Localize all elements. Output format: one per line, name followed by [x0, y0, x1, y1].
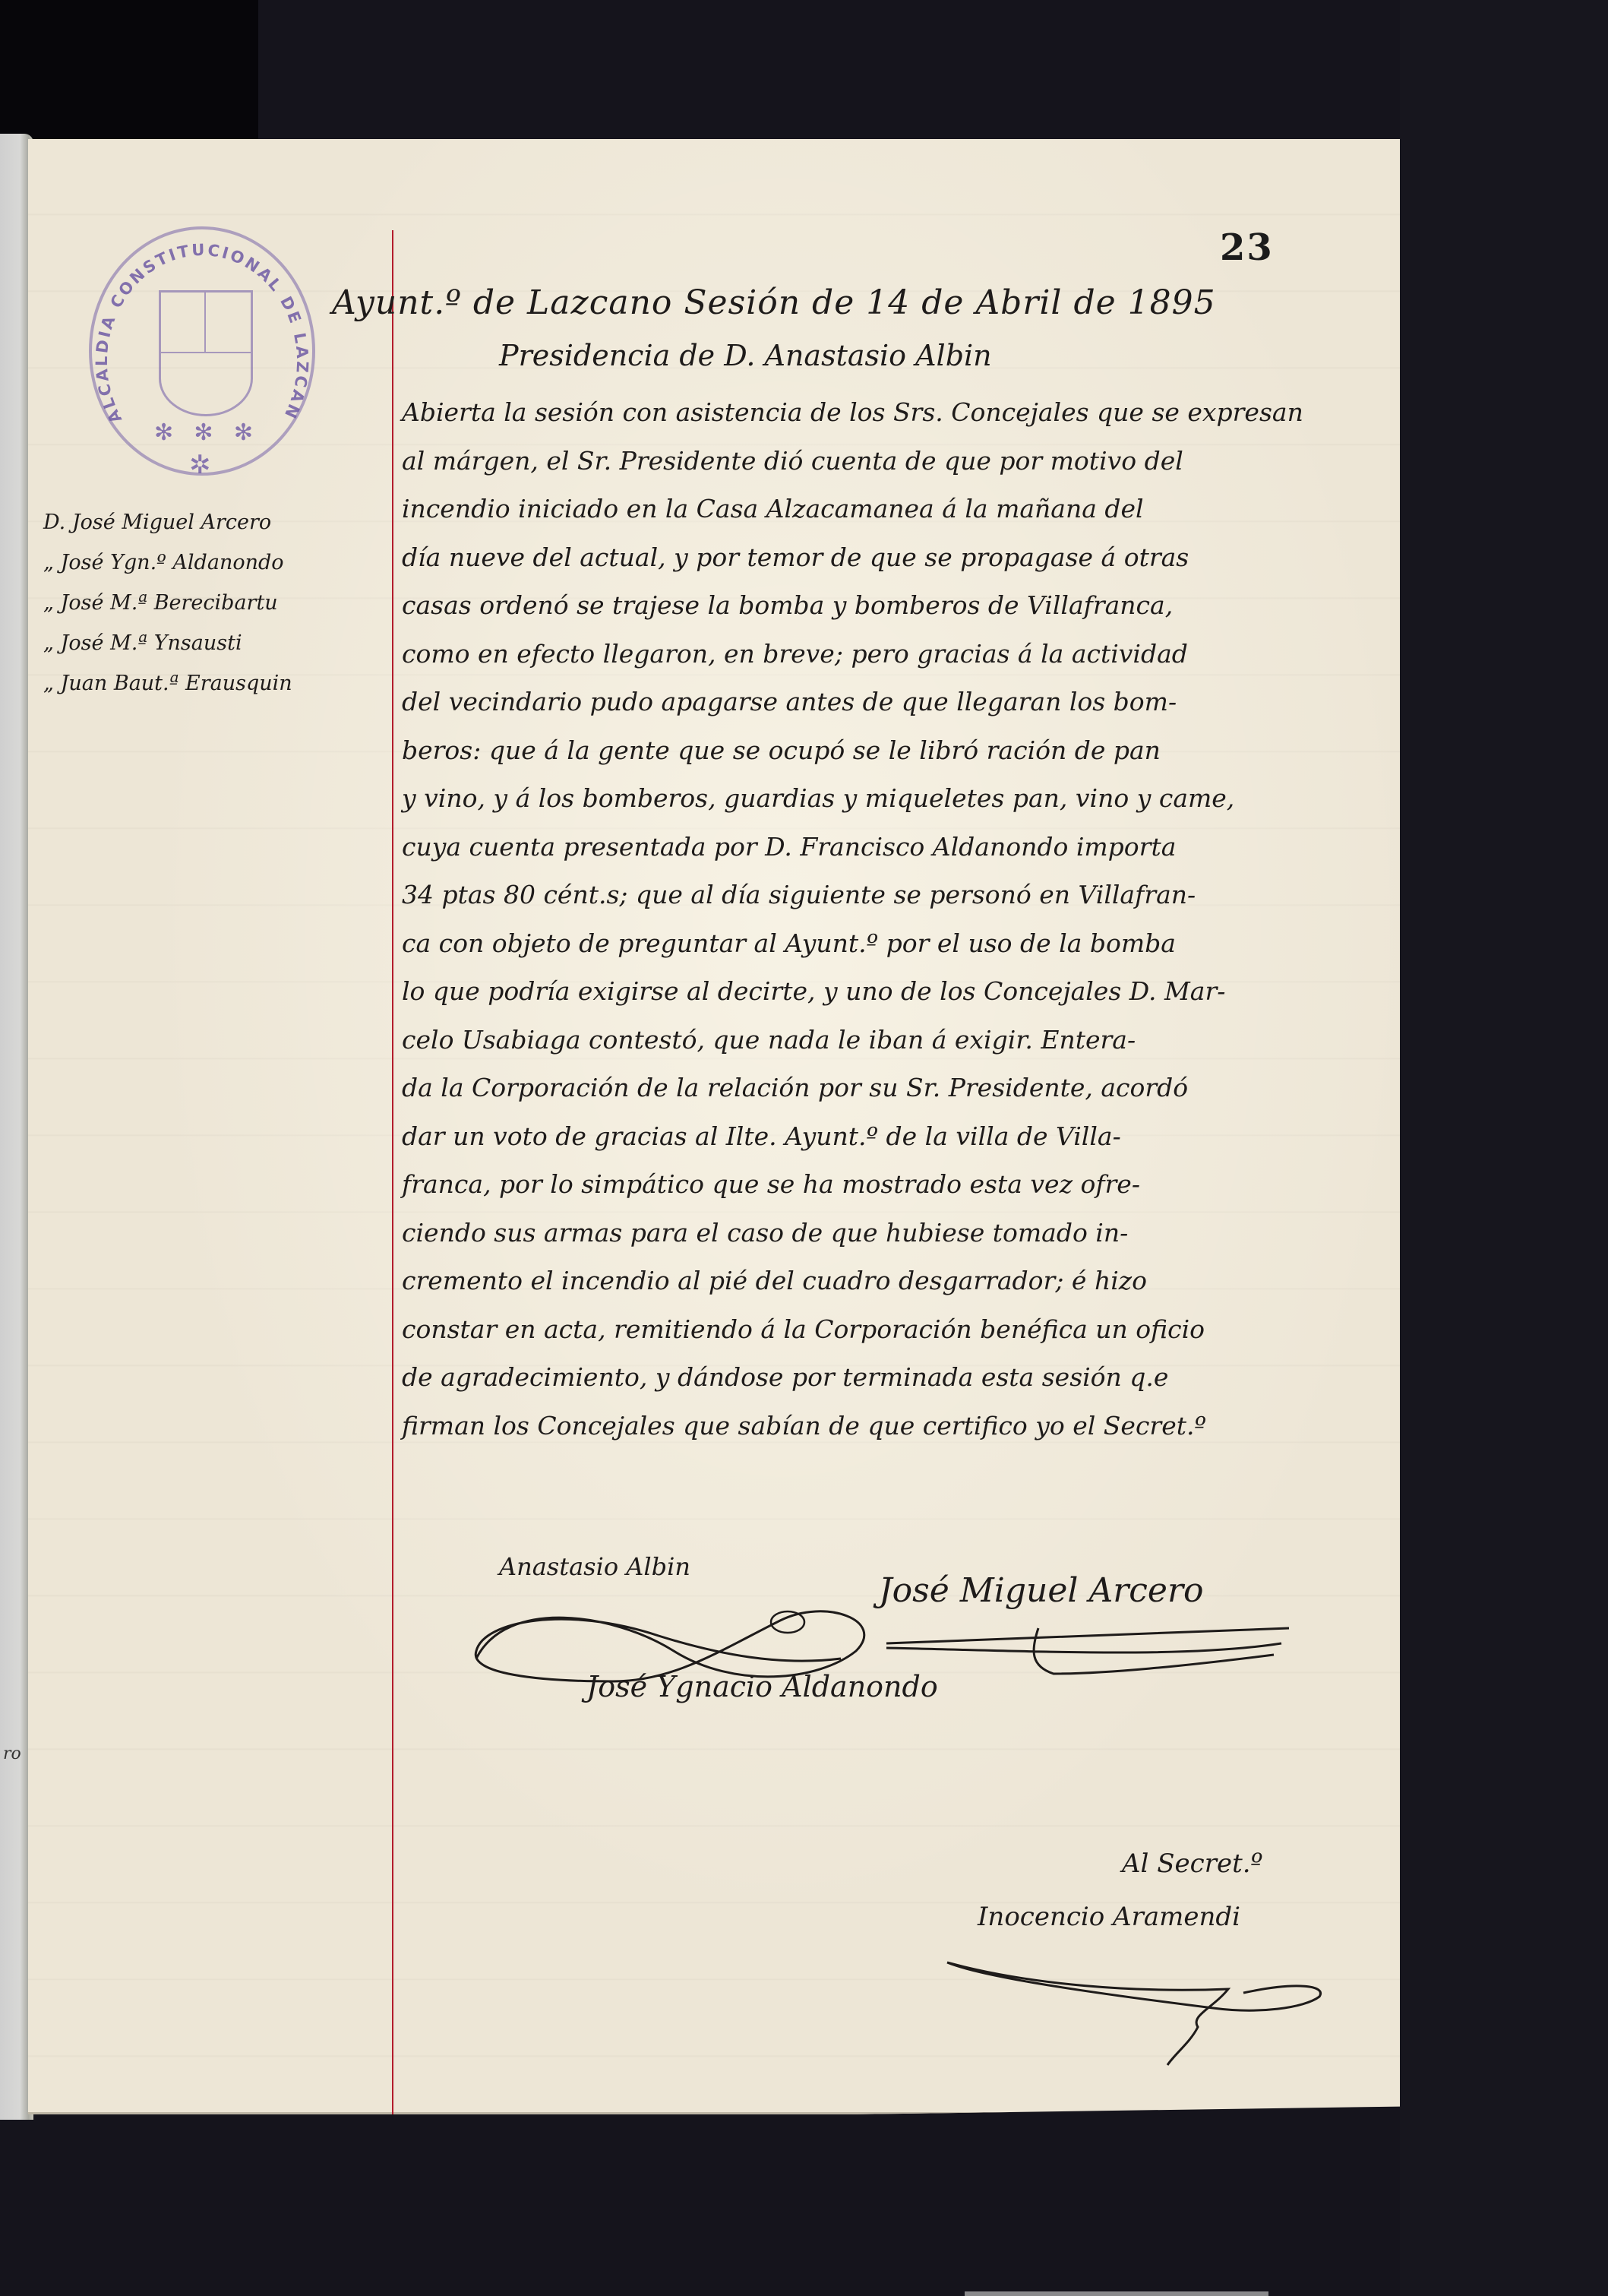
signature-underline-icon	[879, 1621, 1304, 1681]
body-line: ciendo sus armas para el caso de que hub…	[402, 1210, 1389, 1259]
manuscript-page: 23 ALCALDIA CONSTITUCIONAL DE LAZCANO ✻ …	[28, 139, 1400, 2114]
body-line: firman los Concejales que sabían de que …	[402, 1403, 1389, 1452]
attendee-name: „ Juan Baut.ª Erausquin	[43, 665, 393, 705]
previous-page-fragment: ro	[3, 1744, 21, 1763]
body-line: y vino, y á los bomberos, guardias y miq…	[402, 776, 1389, 824]
coat-of-arms-icon	[159, 290, 253, 416]
attendee-name: „ José M.ª Berecibartu	[43, 584, 393, 625]
session-heading: Ayunt.º de Lazcano Sesión de 14 de Abril…	[332, 283, 1216, 322]
star-icon: ✻	[234, 419, 253, 446]
body-line: casas ordenó se trajese la bomba y bombe…	[402, 583, 1389, 631]
stamp-stars: ✻ ✻ ✻	[154, 419, 253, 446]
star-icon: ✻	[194, 419, 213, 446]
body-line: cremento el incendio al pié del cuadro d…	[402, 1258, 1389, 1307]
scan-background-right	[1400, 0, 1608, 2296]
body-line: franca, por lo simpático que se ha mostr…	[402, 1162, 1389, 1210]
body-line: dar un voto de gracias al Ilte. Ayunt.º …	[402, 1114, 1389, 1162]
attendee-list: D. José Miguel Arcero „ José Ygn.º Aldan…	[43, 504, 393, 705]
scan-edge-strip	[965, 2291, 1268, 2296]
municipal-stamp: ALCALDIA CONSTITUCIONAL DE LAZCANO ✻ ✻ ✻…	[89, 226, 315, 476]
signature-councillor: José Ygnacio Aldanondo	[586, 1670, 938, 1703]
body-line: incendio iniciado en la Casa Alzacamanea…	[402, 486, 1389, 535]
attendee-name: „ José Ygn.º Aldanondo	[43, 544, 393, 584]
body-line: día nueve del actual, y por temor de que…	[402, 535, 1389, 583]
body-line: celo Usabiaga contestó, que nada le iban…	[402, 1017, 1389, 1066]
page-number: 23	[1220, 226, 1274, 269]
signature-flourish-icon	[940, 1955, 1350, 2069]
body-line: del vecindario pudo apagarse antes de qu…	[402, 679, 1389, 728]
star-icon: ✻	[154, 419, 173, 446]
signature-secretary: Inocencio Aramendi	[978, 1902, 1240, 1932]
body-line: cuya cuenta presentada por D. Francisco …	[402, 824, 1389, 873]
body-line: lo que podría exigirse al decirte, y uno…	[402, 969, 1389, 1017]
body-line: de agradecimiento, y dándose por termina…	[402, 1355, 1389, 1403]
attendee-name: „ José M.ª Ynsausti	[43, 625, 393, 665]
secretary-label: Al Secret.º	[1122, 1849, 1263, 1879]
attendee-name: D. José Miguel Arcero	[43, 504, 393, 544]
body-line: al márgen, el Sr. Presidente dió cuenta …	[402, 438, 1389, 487]
scan-background	[0, 0, 258, 139]
body-line: da la Corporación de la relación por su …	[402, 1065, 1389, 1114]
body-line: constar en acta, remitiendo á la Corpora…	[402, 1307, 1389, 1355]
body-line: como en efecto llegaron, en breve; pero …	[402, 631, 1389, 680]
signature-councillor: José Miguel Arcero	[879, 1571, 1203, 1610]
body-line: beros: que á la gente que se ocupó se le…	[402, 728, 1389, 776]
body-line: 34 ptas 80 cént.s; que al día siguiente …	[402, 872, 1389, 921]
body-line: Abierta la sesión con asistencia de los …	[402, 390, 1389, 438]
body-line: ca con objeto de preguntar al Ayunt.º po…	[402, 921, 1389, 969]
minutes-body: Abierta la sesión con asistencia de los …	[402, 390, 1389, 1451]
asterisk-icon: ✲	[189, 450, 211, 480]
presidency-line: Presidencia de D. Anastasio Albin	[499, 339, 992, 372]
